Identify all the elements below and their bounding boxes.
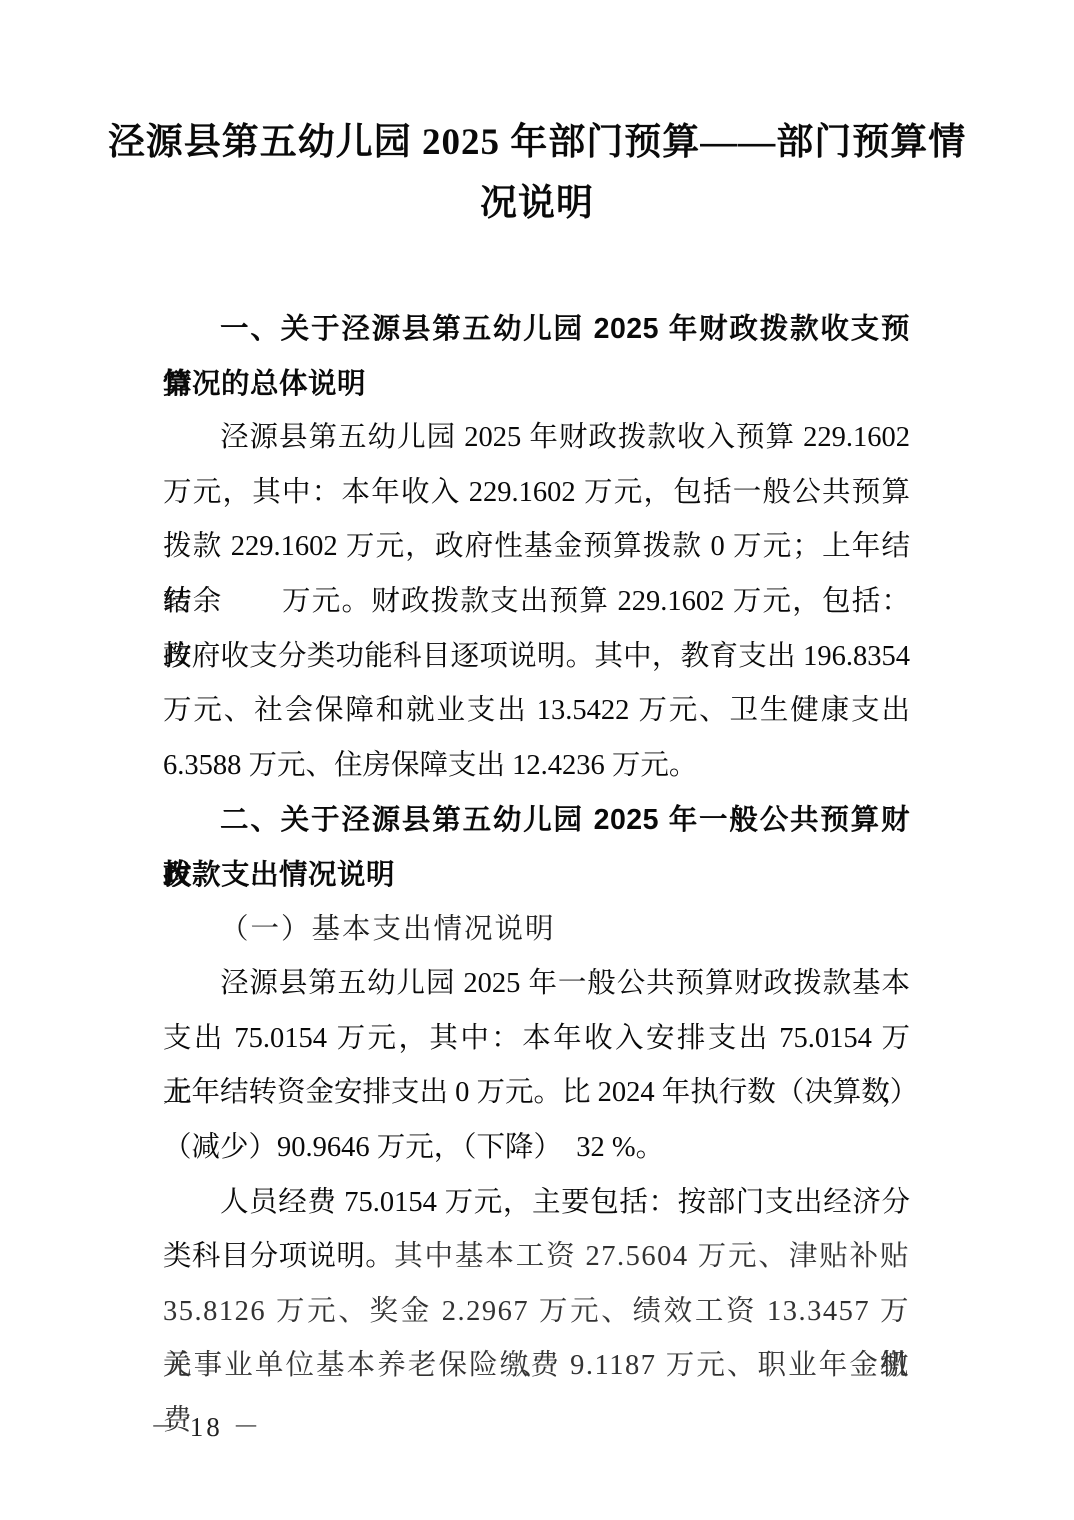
section-1-paragraph-1-line-7: 6.3588 万元、住房保障支出 12.4236 万元。 xyxy=(163,739,910,794)
section-2-subheading: （一）基本支出情况说明 xyxy=(163,903,910,958)
section-2-paragraph-2-line-2-fangsong-segment: 其中基本工资 27.5604 万元、津贴补贴 xyxy=(394,1241,910,1272)
section-1-heading-line-2: 情况的总体说明 xyxy=(163,357,910,412)
page-number: － 18 － xyxy=(150,1405,263,1444)
section-2-heading-line-2: 拨款支出情况说明 xyxy=(163,848,910,903)
section-2-paragraph-1-line-2: 支出 75.0154 万元，其中：本年收入安排支出 75.0154 万元， xyxy=(163,1012,910,1067)
section-1-heading-line-1: 一、关于泾源县第五幼儿园 2025 年财政拨款收支预算 xyxy=(163,302,910,357)
section-1-paragraph-1-line-2: 万元，其中：本年收入 229.1602 万元，包括一般公共预算 xyxy=(163,466,910,521)
section-2-paragraph-1-line-1: 泾源县第五幼儿园 2025 年一般公共预算财政拨款基本 xyxy=(163,957,910,1012)
section-1-paragraph-1-line-5: 政府收支分类功能科目逐项说明。其中，教育支出 196.8354 xyxy=(163,630,910,685)
document-page: 泾源县第五幼儿园 2025 年部门预算——部门预算情 况说明 一、关于泾源县第五… xyxy=(0,0,1074,1520)
section-2-paragraph-2-line-2-songti-segment: 类科目分项说明。 xyxy=(163,1241,394,1272)
section-1-paragraph-1-line-1: 泾源县第五幼儿园 2025 年财政拨款收入预算 229.1602 xyxy=(163,411,910,466)
document-title-line-1: 泾源县第五幼儿园 2025 年部门预算——部门预算情 xyxy=(0,112,1074,173)
section-1-paragraph-1-line-3: 拨款 229.1602 万元，政府性基金预算拨款 0 万元；上年结转 xyxy=(163,520,910,575)
section-1-paragraph-1-line-6: 万元、社会保障和就业支出 13.5422 万元、卫生健康支出 xyxy=(163,684,910,739)
document-title-line-2: 况说明 xyxy=(0,173,1074,234)
section-2-paragraph-1-line-4: （减少）90.9646 万元，（下降） 32 %。 xyxy=(163,1121,910,1176)
document-body: 一、关于泾源县第五幼儿园 2025 年财政拨款收支预算 情况的总体说明 泾源县第… xyxy=(163,302,910,1394)
section-2-paragraph-1-line-3: 上年结转资金安排支出 0 万元。比 2024 年执行数（决算数） xyxy=(163,1066,910,1121)
section-2-paragraph-2-line-1: 人员经费 75.0154 万元，主要包括：按部门支出经济分 xyxy=(163,1176,910,1231)
section-1-paragraph-1-line-4: 结余 万元。财政拨款支出预算 229.1602 万元，包括：按 xyxy=(163,575,910,630)
section-2-paragraph-2-line-4: 关事业单位基本养老保险缴费 9.1187 万元、职业年金缴费 xyxy=(163,1339,910,1394)
section-2-paragraph-2-line-2: 类科目分项说明。其中基本工资 27.5604 万元、津贴补贴 xyxy=(163,1230,910,1285)
document-title: 泾源县第五幼儿园 2025 年部门预算——部门预算情 况说明 xyxy=(0,0,1074,234)
section-2-heading-line-1: 二、关于泾源县第五幼儿园 2025 年一般公共预算财政 xyxy=(163,793,910,848)
section-2-paragraph-2-line-3: 35.8126 万元、奖金 2.2967 万元、绩效工资 13.3457 万元、… xyxy=(163,1285,910,1340)
